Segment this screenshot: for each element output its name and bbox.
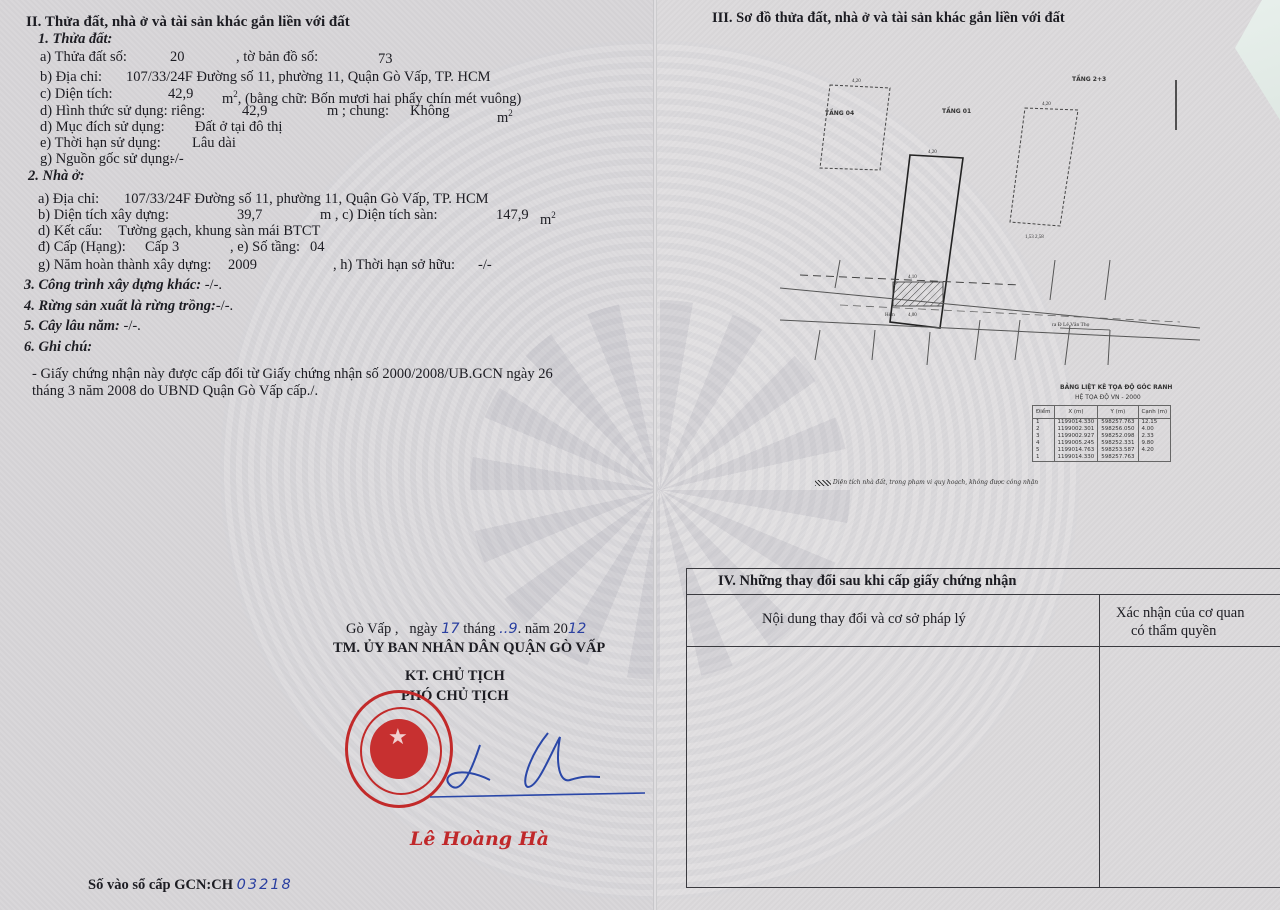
coord-cell: 598256.050 bbox=[1098, 426, 1138, 433]
coord-cell: 1199014.330 bbox=[1054, 419, 1098, 427]
coord-cell: 5 bbox=[1033, 447, 1055, 454]
coord-cell: 4 bbox=[1033, 440, 1055, 447]
changes-col-content: Nội dung thay đổi và cơ sở pháp lý bbox=[762, 611, 966, 627]
coord-cell: 1199002.301 bbox=[1054, 426, 1098, 433]
parcel-number: 20 bbox=[170, 49, 185, 65]
build-area-value: 39,7 bbox=[237, 207, 262, 223]
usage-form-label: d) Hình thức sử dụng: riêng: bbox=[40, 103, 205, 119]
coord-row: 11199014.330598257.763 bbox=[1033, 454, 1171, 462]
notes-heading: 6. Ghi chú: bbox=[24, 339, 92, 355]
forest: 4. Rừng sản xuất là rừng trồng:-/-. bbox=[24, 298, 233, 314]
coord-cell: 1199014.330 bbox=[1054, 454, 1098, 462]
coord-cell: 1 bbox=[1033, 454, 1055, 462]
parcel-label: a) Thửa đất số: bbox=[40, 49, 127, 65]
alley-label: Hẻm bbox=[885, 313, 895, 318]
col-edge: Cạnh (m) bbox=[1138, 406, 1171, 419]
coord-cell: 598252.331 bbox=[1098, 440, 1138, 447]
notes-line-1: - Giấy chứng nhận này được cấp đổi từ Gi… bbox=[32, 366, 553, 382]
star-icon: ★ bbox=[388, 725, 408, 750]
coord-cell: 12.15 bbox=[1138, 419, 1171, 427]
floors-label: , e) Số tầng: bbox=[230, 239, 300, 255]
section-ii-title: II. Thửa đất, nhà ở và tài sản khác gắn … bbox=[26, 14, 350, 30]
perennial: 5. Cây lâu năm: -/-. bbox=[24, 318, 141, 334]
coord-cell: 3 bbox=[1033, 433, 1055, 440]
signature-date: Gò Vấp , ngày 17 tháng ..9. năm 2012 bbox=[346, 621, 586, 637]
grade-label: đ) Cấp (Hạng): bbox=[38, 239, 126, 255]
floor-area-unit: m2 bbox=[540, 207, 556, 228]
map-label: , tờ bản đồ số: bbox=[236, 49, 318, 65]
coord-cell: 4.20 bbox=[1138, 447, 1171, 454]
coord-cell: 1 bbox=[1033, 419, 1055, 427]
coord-row: 31199002.927598252.0982.33 bbox=[1033, 433, 1171, 440]
coordinate-table: Điểm X (m) Y (m) Cạnh (m) 11199014.33059… bbox=[1032, 405, 1171, 462]
coord-cell: 4.00 bbox=[1138, 426, 1171, 433]
other-construction: 3. Công trình xây dựng khác: -/-. bbox=[24, 277, 222, 293]
usage-common-unit: m2 bbox=[497, 105, 513, 126]
coord-cell: 1199014.763 bbox=[1054, 447, 1098, 454]
signing-role-1: KT. CHỦ TỊCH bbox=[405, 668, 505, 684]
legend: Diện tích nhà đất, trong phạm vi quy hoạ… bbox=[815, 479, 1038, 486]
register-number: Số vào sổ cấp GCN:CH 03218 bbox=[88, 877, 293, 893]
area-label: c) Diện tích: bbox=[40, 86, 112, 102]
handwritten-signature bbox=[420, 725, 650, 805]
grade-value: Cấp 3 bbox=[145, 239, 179, 255]
origin-value: -/- bbox=[170, 151, 184, 167]
build-area-label: b) Diện tích xây dựng: bbox=[38, 207, 169, 223]
coord-cell: 598257.763 bbox=[1098, 419, 1138, 427]
ownership-label: , h) Thời hạn sở hữu: bbox=[333, 257, 455, 273]
changes-col-authority-2: có thẩm quyền bbox=[1131, 623, 1216, 639]
floor-area-label: m , c) Diện tích sàn: bbox=[320, 207, 438, 223]
coord-row: 41199005.245598252.3319.80 bbox=[1033, 440, 1171, 447]
section-iv-title: IV. Những thay đổi sau khi cấp giấy chứn… bbox=[718, 573, 1016, 589]
section-iii-title: III. Sơ đồ thửa đất, nhà ở và tài sản kh… bbox=[712, 10, 1065, 26]
usage-common-label: m ; chung: bbox=[327, 103, 389, 119]
coord-cell: 598252.098 bbox=[1098, 433, 1138, 440]
house-heading: 2. Nhà ở: bbox=[28, 168, 85, 184]
hatch-legend-icon bbox=[815, 480, 831, 486]
col-point: Điểm bbox=[1033, 406, 1055, 419]
house-address: 107/33/24F Đường số 11, phường 11, Quận … bbox=[124, 191, 489, 207]
svg-text:4,20: 4,20 bbox=[928, 150, 937, 155]
coord-cell: 2 bbox=[1033, 426, 1055, 433]
origin-label: g) Nguồn gốc sử dụng: bbox=[40, 151, 174, 167]
structure-label: d) Kết cấu: bbox=[38, 223, 102, 239]
year-label: g) Năm hoàn thành xây dựng: bbox=[38, 257, 211, 273]
map-number: 73 bbox=[378, 51, 393, 67]
term-label: e) Thời hạn sử dụng: bbox=[40, 135, 161, 151]
changes-col-authority-1: Xác nhận của cơ quan bbox=[1116, 605, 1244, 621]
usage-common-value: Không bbox=[410, 103, 449, 119]
coord-row: 21199002.301598256.0504.00 bbox=[1033, 426, 1171, 433]
coord-cell: 9.80 bbox=[1138, 440, 1171, 447]
purpose-value: Đất ở tại đô thị bbox=[195, 119, 282, 135]
floors-value: 04 bbox=[310, 239, 325, 255]
coord-table-title: BẢNG LIỆT KÊ TỌA ĐỘ GÓC RANH bbox=[1060, 384, 1172, 391]
floor-area-value: 147,9 bbox=[496, 207, 529, 223]
signer-name: Lê Hoàng Hà bbox=[410, 828, 549, 850]
coord-cell: 2.33 bbox=[1138, 433, 1171, 440]
svg-text:4,20: 4,20 bbox=[1042, 102, 1051, 107]
svg-text:4,20: 4,20 bbox=[852, 79, 861, 84]
svg-text:4,00: 4,00 bbox=[908, 313, 917, 318]
page-fold bbox=[653, 0, 657, 910]
parcel-diagram: 4,20 4,20 1,53 2,58 4,20 4,10 4,00 Hẻm r… bbox=[780, 60, 1200, 380]
svg-text:4,10: 4,10 bbox=[908, 275, 917, 280]
col-x: X (m) bbox=[1054, 406, 1098, 419]
area-value: 42,9 bbox=[168, 86, 193, 102]
coord-row: 51199014.763598253.5874.20 bbox=[1033, 447, 1171, 454]
land-address: 107/33/24F Đường số 11, phường 11, Quận … bbox=[126, 69, 491, 85]
coord-cell bbox=[1138, 454, 1171, 462]
usage-private-value: 42,9 bbox=[242, 103, 267, 119]
notes-line-2: tháng 3 năm 2008 do UBND Quận Gò Vấp cấp… bbox=[32, 383, 318, 399]
street-label: ra Đ Lê Văn Thọ bbox=[1052, 322, 1090, 328]
land-address-label: b) Địa chỉ: bbox=[40, 69, 102, 85]
purpose-label: d) Mục đích sử dụng: bbox=[40, 119, 165, 135]
year-value: 2009 bbox=[228, 257, 257, 273]
ownership-value: -/- bbox=[478, 257, 492, 273]
coord-cell: 598253.587 bbox=[1098, 447, 1138, 454]
structure-value: Tường gạch, khung sàn mái BTCT bbox=[118, 223, 320, 239]
coord-cell: 598257.763 bbox=[1098, 454, 1138, 462]
svg-text:1,53 2,58: 1,53 2,58 bbox=[1025, 235, 1044, 240]
coord-table-subtitle: HỆ TỌA ĐỘ VN - 2000 bbox=[1075, 394, 1141, 401]
coord-cell: 1199005.245 bbox=[1054, 440, 1098, 447]
coord-row: 11199014.330598257.76312.15 bbox=[1033, 419, 1171, 427]
term-value: Lâu dài bbox=[192, 135, 236, 151]
col-y: Y (m) bbox=[1098, 406, 1138, 419]
signing-org: TM. ỦY BAN NHÂN DÂN QUẬN GÒ VẤP bbox=[333, 640, 605, 656]
land-heading: 1. Thửa đất: bbox=[38, 31, 112, 47]
coord-cell: 1199002.927 bbox=[1054, 433, 1098, 440]
house-address-label: a) Địa chỉ: bbox=[38, 191, 99, 207]
